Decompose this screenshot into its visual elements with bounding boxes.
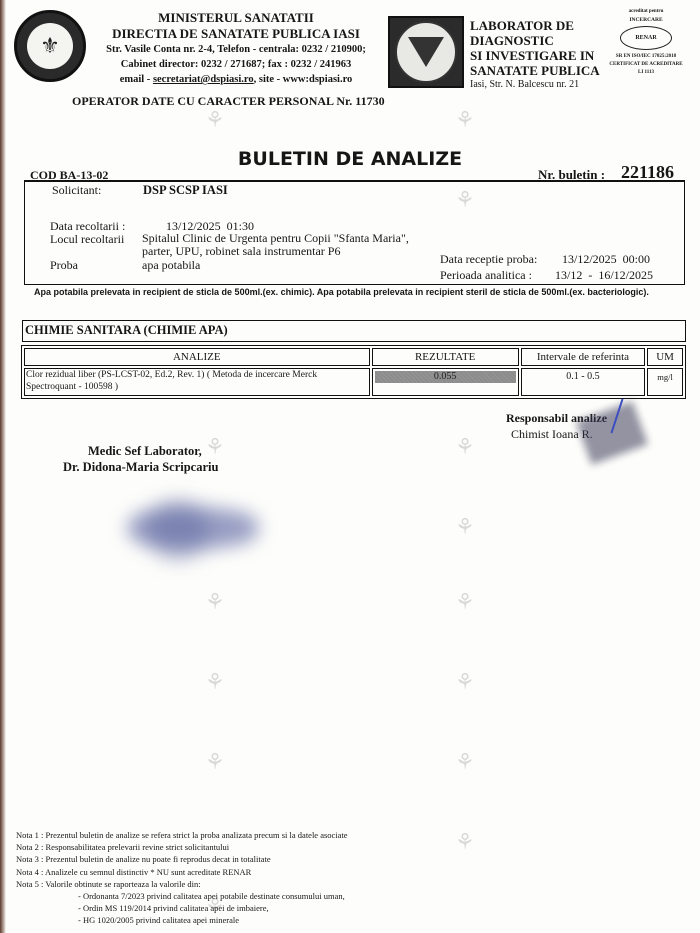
renar-logo-icon: RENAR (620, 26, 672, 50)
table-header-row: ANALIZE REZULTATE Intervale de referinta… (24, 348, 683, 366)
note-reference: - HG 1020/2005 privind calitatea apei mi… (16, 914, 348, 926)
watermark-icon: ⚘ (455, 435, 475, 460)
site-text: , site - www:dspiasi.ro (254, 74, 353, 85)
analysis-name: Clor rezidual liber (PS-LCST-02, Ed.2, R… (24, 368, 370, 396)
result-cell: 0.055 (372, 368, 519, 396)
sample-container-note: Apa potabila prelevata in recipient de s… (34, 287, 654, 298)
lab-header: LABORATOR DE DIAGNOSTIC SI INVESTIGARE I… (470, 18, 600, 92)
government-seal-logo: ⚜ (14, 10, 86, 82)
head-of-lab-name: Dr. Didona-Maria Scripcariu (63, 460, 218, 475)
lab-name-line: SANATATE PUBLICA (470, 63, 600, 78)
watermark-icon: ⚘ (205, 108, 225, 133)
column-header-unit: UM (647, 348, 683, 366)
email-link[interactable]: secretariat@dspiasi.ro (153, 74, 254, 85)
collection-place-value: Spitalul Clinic de Urgenta pentru Copii … (142, 232, 432, 258)
collection-place-label: Locul recoltarii (50, 232, 124, 247)
renar-standard: SR EN ISO/IEC 17025:2018 (594, 53, 698, 61)
renar-accreditation: acreditat pentru INCERCARE RENAR SR EN I… (594, 8, 698, 77)
note-item: Nota 3 : Prezentul buletin de analize nu… (16, 853, 348, 865)
renar-certificate: CERTIFICAT DE ACREDITARE (594, 61, 698, 69)
watermark-icon: ⚘ (455, 670, 475, 695)
section-title: CHIMIE SANITARA (CHIMIE APA) (22, 320, 686, 342)
directorate-name: DIRECTIA DE SANATATE PUBLICA IASI (86, 26, 386, 42)
watermark-icon: ⚘ (455, 108, 475, 133)
analysis-period-value: 13/12 - 16/12/2025 (555, 268, 653, 283)
renar-cert-number: LI 1113 (594, 69, 698, 77)
column-header-reference: Intervale de referinta (521, 348, 645, 366)
analysis-period-label: Perioada analitica : (440, 268, 532, 283)
watermark-icon: ⚘ (205, 435, 225, 460)
column-header-analysis: ANALIZE (24, 348, 370, 366)
watermark-icon: ⚘ (455, 830, 475, 855)
notes-section: Nota 1 : Prezentul buletin de analize se… (16, 829, 348, 927)
unit-of-measure: mg/l (647, 368, 683, 396)
sample-label: Proba (50, 258, 78, 273)
lab-name-line: SI INVESTIGARE IN (470, 48, 600, 63)
table-row: Clor rezidual liber (PS-LCST-02, Ed.2, R… (24, 368, 683, 396)
note-reference: - Ordin MS 119/2014 privind calitatea ap… (16, 902, 348, 914)
renar-scope: INCERCARE (594, 16, 698, 24)
note-reference: - Ordonanta 7/2023 privind calitatea ape… (16, 890, 348, 902)
eagle-icon: ⚜ (27, 23, 73, 69)
solicitant-label: Solicitant: (52, 183, 101, 198)
column-header-results: REZULTATE (372, 348, 519, 366)
renar-accredited-for: acreditat pentru (594, 8, 698, 16)
operator-line: OPERATOR DATE CU CARACTER PERSONAL Nr. 1… (72, 94, 385, 109)
lab-name-line: LABORATOR DE (470, 18, 600, 33)
reception-date-label: Data receptie proba: (440, 252, 537, 267)
watermark-icon: ⚘ (205, 750, 225, 775)
ministry-header: MINISTERUL SANATATII DIRECTIA DE SANATAT… (86, 10, 386, 87)
head-stamp-blurred (148, 500, 208, 560)
watermark-icon: ⚘ (455, 515, 475, 540)
note-item: Nota 4 : Analizele cu semnul distinctiv … (16, 866, 348, 878)
reception-date-value: 13/12/2025 00:00 (562, 252, 650, 267)
result-value: 0.055 (375, 371, 516, 383)
ministry-name: MINISTERUL SANATATII (86, 10, 386, 26)
address-line: Str. Vasile Conta nr. 2-4, Telefon - cen… (86, 42, 386, 57)
watermark-icon: ⚘ (455, 750, 475, 775)
sample-value: apa potabila (142, 258, 200, 273)
reference-interval: 0.1 - 0.5 (521, 368, 645, 396)
lab-emblem-icon (395, 21, 457, 83)
renar-logo-text: RENAR (635, 35, 656, 41)
director-contact-line: Cabinet director: 0232 / 271687; fax : 0… (86, 57, 386, 72)
note-item: Nota 2 : Responsabilitatea prelevarii re… (16, 841, 348, 853)
lab-seal-logo (388, 16, 464, 88)
solicitant-value: DSP SCSP IASI (143, 183, 228, 198)
results-table: ANALIZE REZULTATE Intervale de referinta… (21, 345, 686, 399)
page-edge (0, 0, 6, 933)
note-item: Nota 1 : Prezentul buletin de analize se… (16, 829, 348, 841)
watermark-icon: ⚘ (205, 590, 225, 615)
watermark-icon: ⚘ (455, 590, 475, 615)
watermark-icon: ⚘ (205, 670, 225, 695)
head-of-lab-title: Medic Sef Laborator, (88, 444, 202, 459)
lab-address: Iasi, Str. N. Balcescu nr. 21 (470, 78, 600, 92)
lab-name-line: DIAGNOSTIC (470, 33, 600, 48)
email-site-line: email - secretariat@dspiasi.ro, site - w… (86, 72, 386, 87)
email-prefix: email - (120, 74, 153, 85)
note-item: Nota 5 : Valorile obtinute se raporteaza… (16, 878, 348, 890)
